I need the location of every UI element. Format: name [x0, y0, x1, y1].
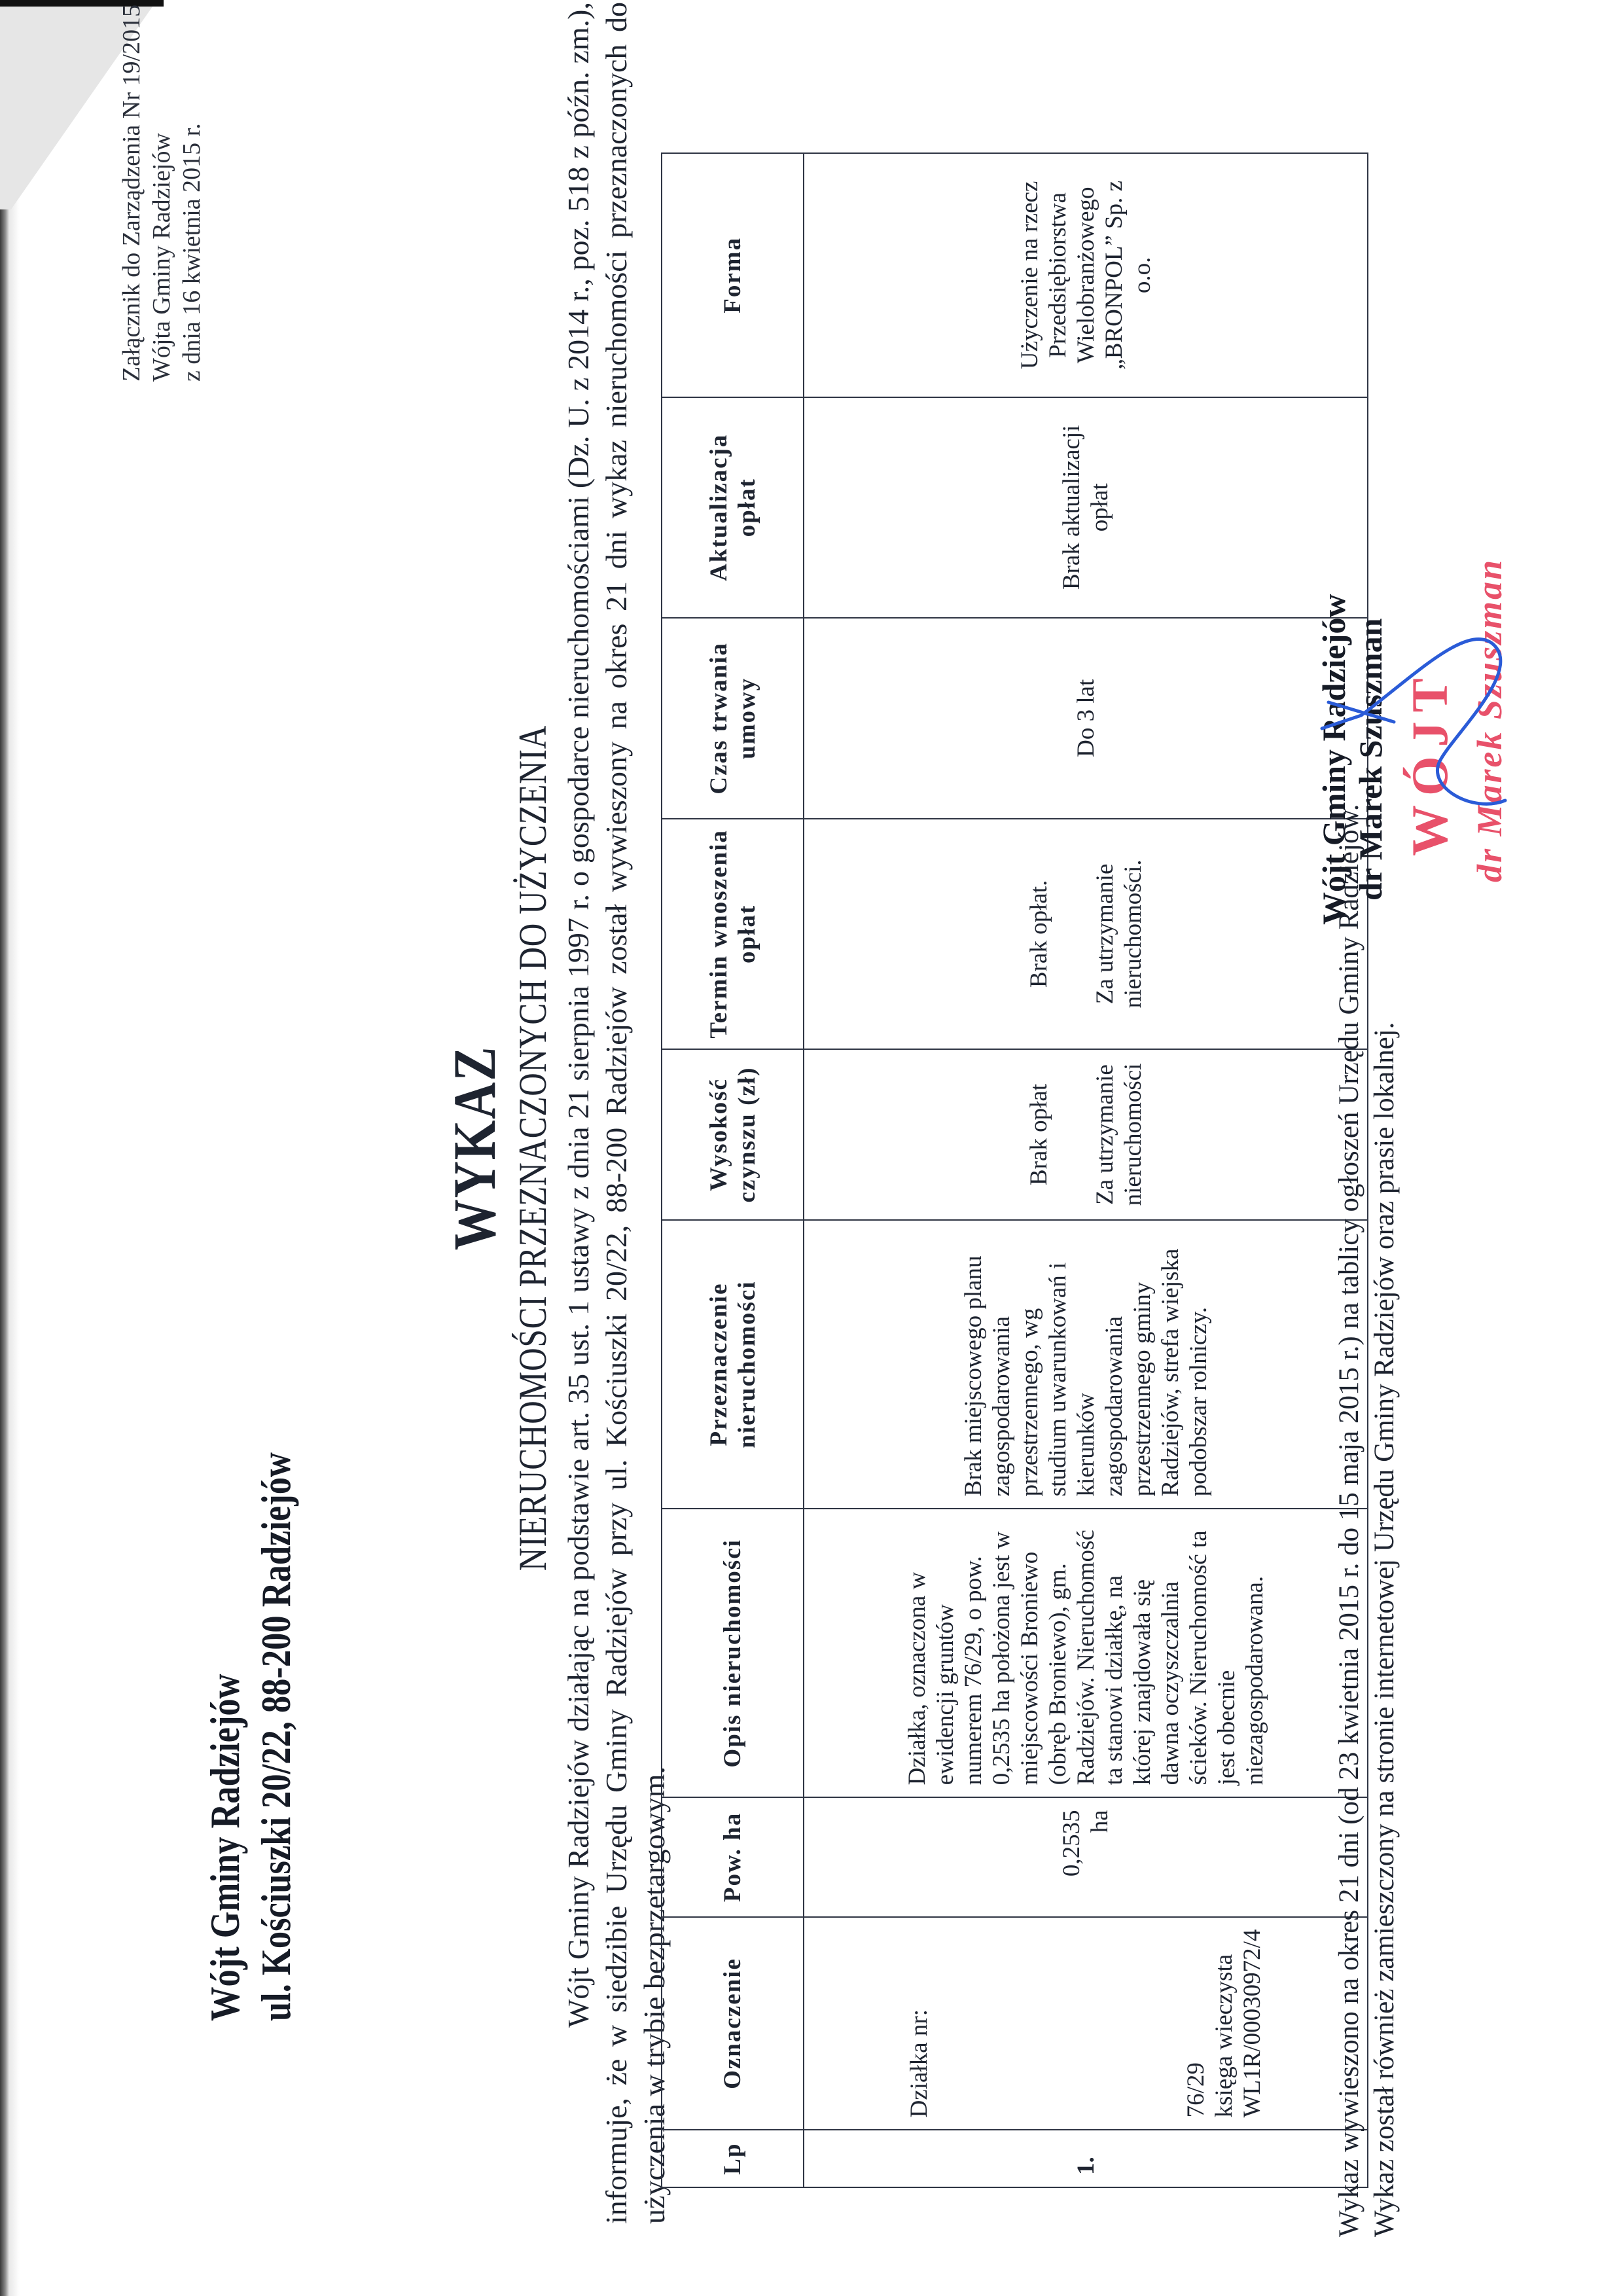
header-przeznaczenie: Przeznaczenie nieruchomości [662, 1220, 804, 1509]
footer-notes: Wykaz wywieszono na okres 21 dni (od 23 … [1332, 804, 1402, 2238]
annex-line: z dnia 16 kwietnia 2015 r. [177, 5, 207, 382]
cell-area: 0,2535 ha [804, 1797, 1368, 1916]
annex-line: Załącznik do Zarządzenia Nr 19/2015 [116, 5, 147, 382]
header-lp: Lp [662, 2130, 804, 2187]
table-row: 1. Działka nr: 76/29 księga wieczysta WL… [804, 153, 1368, 2187]
intro-paragraph: Wójt Gminy Radziejów działając na podsta… [560, 2, 673, 2224]
payment-term-note: Za utrzymanie nieruchomości. [1091, 831, 1147, 1037]
header-pow: Pow. ha [662, 1797, 804, 1916]
cell-duration: Do 3 lat [804, 618, 1368, 819]
parcel-label: Działka nr: [905, 1929, 933, 2118]
property-table: Lp Oznaczenie Pow. ha Opis nieruchomości… [661, 152, 1368, 2188]
header-aktualizacja: Aktualizacja opłat [662, 397, 804, 618]
header-czas: Czas trwania umowy [662, 618, 804, 819]
title-subtitle: NIERUCHOMOŚCI PRZEZNACZONYCH DO UŻYCZENI… [510, 207, 556, 2090]
cell-form: Użyczenie na rzecz Przedsiębiorstwa Wiel… [804, 153, 1368, 397]
cell-fee-update: Brak aktualizacji opłat [804, 397, 1368, 618]
payment-term-value: Brak opłat. [1025, 831, 1053, 1037]
land-register-number: WL1R/00030972/4 [1238, 1929, 1266, 2118]
header-opis: Opis nieruchomości [662, 1509, 804, 1797]
sender-header: Wójt Gminy Radziejów ul. Kościuszki 20/2… [200, 1452, 302, 2021]
title-main: WYKAZ [442, 1046, 507, 1251]
annex-reference: Załącznik do Zarządzenia Nr 19/2015 Wójt… [116, 5, 207, 382]
cell-oznaczenie: Działka nr: 76/29 księga wieczysta WL1R/… [804, 1917, 1368, 2130]
header-oznaczenie: Oznaczenie [662, 1917, 804, 2130]
land-register-label: księga wieczysta [1210, 1929, 1238, 2118]
footer-line: Wykaz został również zamieszczony na str… [1367, 804, 1402, 2238]
table-header-row: Lp Oznaczenie Pow. ha Opis nieruchomości… [662, 153, 804, 2187]
document-title: WYKAZ NIERUCHOMOŚCI PRZEZNACZONYCH DO UŻ… [442, 0, 556, 2296]
parcel-number: 76/29 [1182, 1929, 1210, 2118]
cell-payment-term: Brak opłat. Za utrzymanie nieruchomości. [804, 819, 1368, 1050]
cell-rent: Brak opłat Za utrzymanie nieruchomości [804, 1049, 1368, 1220]
header-wysokosc: Wysokość czynszu (zł) [662, 1049, 804, 1220]
sender-name: Wójt Gminy Radziejów [200, 1452, 251, 2021]
header-forma: Forma [662, 153, 804, 397]
rent-note: Za utrzymanie nieruchomości [1091, 1062, 1147, 1208]
rent-value: Brak opłat [1025, 1062, 1053, 1208]
footer-line: Wykaz wywieszono na okres 21 dni (od 23 … [1332, 804, 1367, 2238]
annex-line: Wójta Gminy Radziejów [147, 5, 177, 382]
handwritten-signature-icon [1309, 591, 1558, 840]
header-termin: Termin wnoszenia opłat [662, 819, 804, 1050]
cell-description: Działka, oznaczona w ewidencji gruntów n… [804, 1509, 1368, 1797]
cell-purpose: Brak miejscowego planu zagospodarowania … [804, 1220, 1368, 1509]
cell-lp: 1. [804, 2130, 1368, 2187]
sender-address: ul. Kościuszki 20/22, 88-200 Radziejów [251, 1452, 302, 2021]
document-page: Załącznik do Zarządzenia Nr 19/2015 Wójt… [0, 0, 1623, 2296]
